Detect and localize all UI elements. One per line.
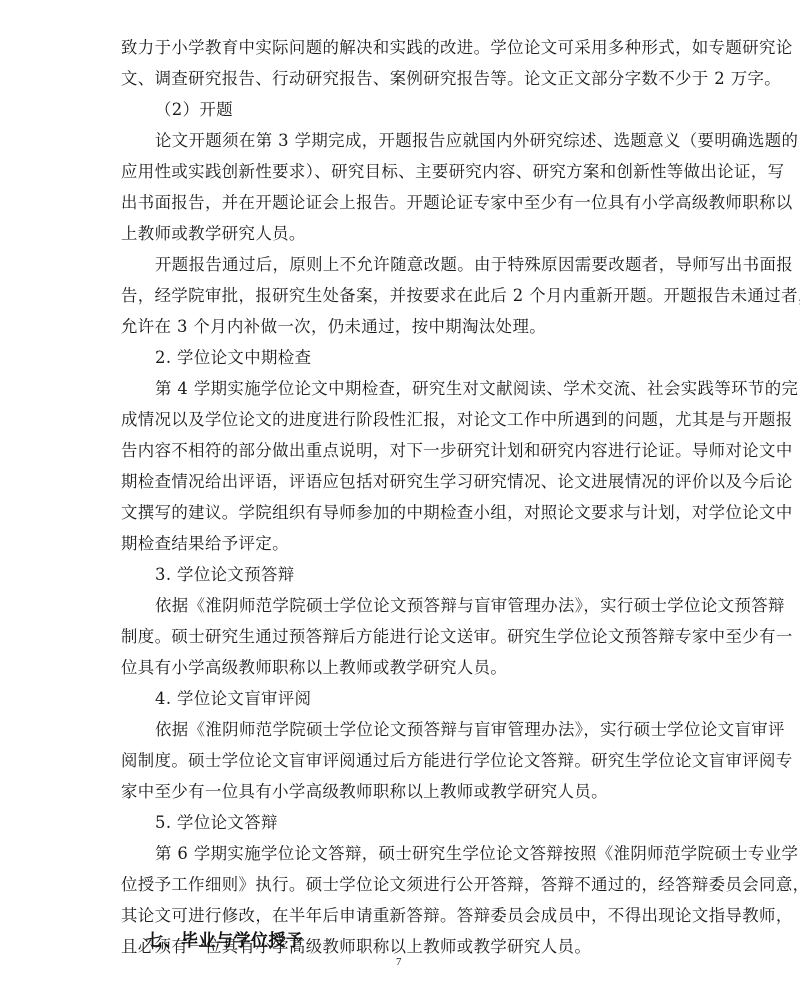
page-number: 7 (396, 956, 402, 968)
text-line: 位具有小学高级教师职称以上教师或教学研究人员。 (121, 652, 681, 683)
text-line: 文撰写的建议。学院组织有导师参加的中期检查小组，对照论文要求与计划，对学位论文中 (121, 497, 681, 528)
document-page: 致力于小学教育中实际问题的解决和实践的改进。学位论文可采用多种形式，如专题研究论… (0, 0, 800, 1000)
text-line: 成情况以及学位论文的进度进行阶段性汇报，对论文工作中所遇到的问题，尤其是与开题报 (121, 404, 681, 435)
text-line: 允许在 3 个月内补做一次，仍未通过，按中期淘汰处理。 (121, 311, 681, 342)
text-line: 家中至少有一位具有小学高级教师职称以上教师或教学研究人员。 (121, 776, 681, 807)
text-line: 文、调查研究报告、行动研究报告、案例研究报告等。论文正文部分字数不少于 2 万字… (121, 63, 681, 94)
subheading-blind-review: 4. 学位论文盲审评阅 (121, 683, 681, 714)
subheading-pre-defense: 3. 学位论文预答辩 (121, 559, 681, 590)
text-line: 开题报告通过后，原则上不允许随意改题。由于特殊原因需要改题者，导师写出书面报 (121, 249, 681, 280)
text-line: 论文开题须在第 3 学期完成，开题报告应就国内外研究综述、选题意义（要明确选题的 (121, 125, 681, 156)
subheading-midterm-check: 2. 学位论文中期检查 (121, 342, 681, 373)
text-line: 制度。硕士研究生通过预答辩后方能进行论文送审。研究生学位论文预答辩专家中至少有一 (121, 621, 681, 652)
text-line: 告内容不相符的部分做出重点说明，对下一步研究计划和研究内容进行论证。导师对论文中 (121, 435, 681, 466)
text-line: 应用性或实践创新性要求）、研究目标、主要研究内容、研究方案和创新性等做出论证，写 (121, 156, 681, 187)
text-line: 告，经学院审批，报研究生处备案，并按要求在此后 2 个月内重新开题。开题报告未通… (121, 280, 681, 311)
text-line: 第 4 学期实施学位论文中期检查，研究生对文献阅读、学术交流、社会实践等环节的完 (121, 373, 681, 404)
text-line: 依据《淮阴师范学院硕士学位论文预答辩与盲审管理办法》，实行硕士学位论文预答辩 (121, 590, 681, 621)
text-line: 期检查情况给出评语，评语应包括对研究生学习研究情况、论文进展情况的评价以及今后论 (121, 466, 681, 497)
text-line: 依据《淮阴师范学院硕士学位论文预答辩与盲审管理办法》，实行硕士学位论文盲审评 (121, 714, 681, 745)
text-line: 出书面报告，并在开题论证会上报告。开题论证专家中至少有一位具有小学高级教师职称以 (121, 187, 681, 218)
text-line: 致力于小学教育中实际问题的解决和实践的改进。学位论文可采用多种形式，如专题研究论 (121, 32, 681, 63)
text-line: 期检查结果给予评定。 (121, 528, 681, 559)
subheading-opening-report: （2）开题 (121, 94, 681, 125)
text-line: 位授予工作细则》执行。硕士学位论文须进行公开答辩，答辩不通过的，经答辩委员会同意… (121, 869, 681, 900)
document-body: 致力于小学教育中实际问题的解决和实践的改进。学位论文可采用多种形式，如专题研究论… (121, 32, 681, 962)
section-title: 七、毕业与学位授予 (146, 926, 304, 951)
text-line: 阅制度。硕士学位论文盲审评阅通过后方能进行学位论文答辩。研究生学位论文盲审评阅专 (121, 745, 681, 776)
text-line: 第 6 学期实施学位论文答辩，硕士研究生学位论文答辩按照《淮阴师范学院硕士专业学 (121, 838, 681, 869)
text-line: 上教师或教学研究人员。 (121, 218, 681, 249)
subheading-defense: 5. 学位论文答辩 (121, 807, 681, 838)
